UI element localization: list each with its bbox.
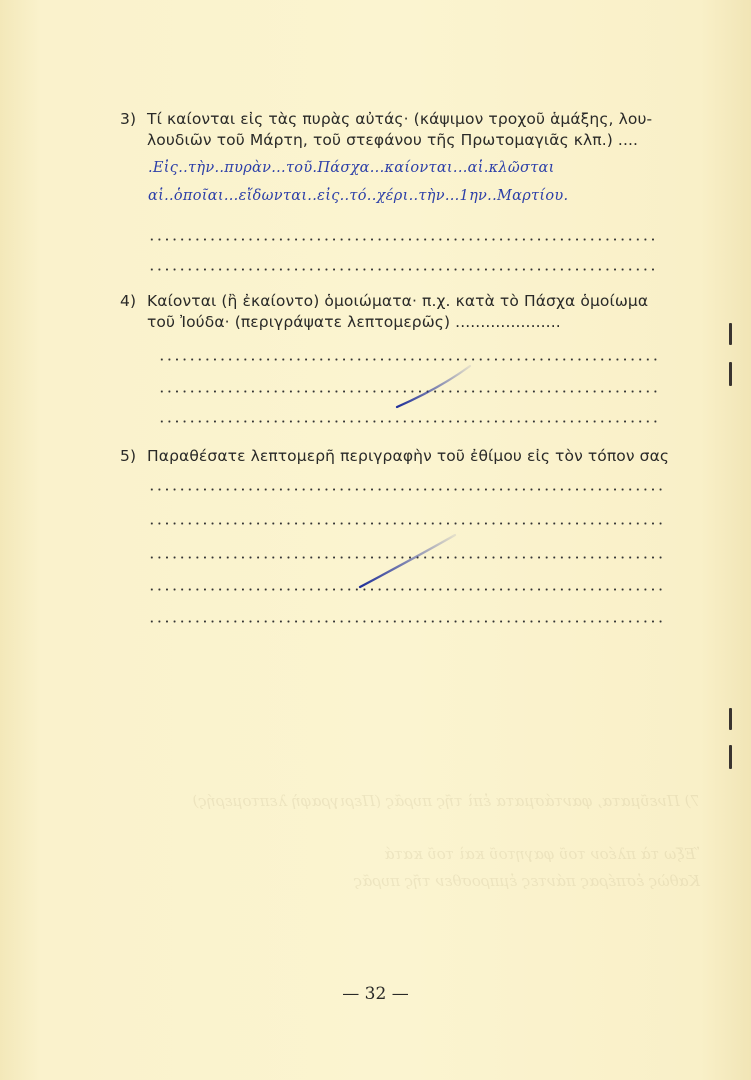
- page-number: — 32 —: [0, 984, 751, 1004]
- staple-mark: [729, 323, 732, 345]
- staple-mark: [729, 708, 732, 730]
- staple-mark: [729, 745, 732, 769]
- scanned-page: 7) Πνεῦματα, φαντάσματα ἐπὶ τῆς πυρᾶς (Π…: [0, 0, 751, 1080]
- pen-strike-marks: [0, 0, 751, 1080]
- pen-stroke-q5: [360, 535, 455, 587]
- staple-mark: [729, 362, 732, 386]
- pen-stroke-q4: [397, 366, 470, 407]
